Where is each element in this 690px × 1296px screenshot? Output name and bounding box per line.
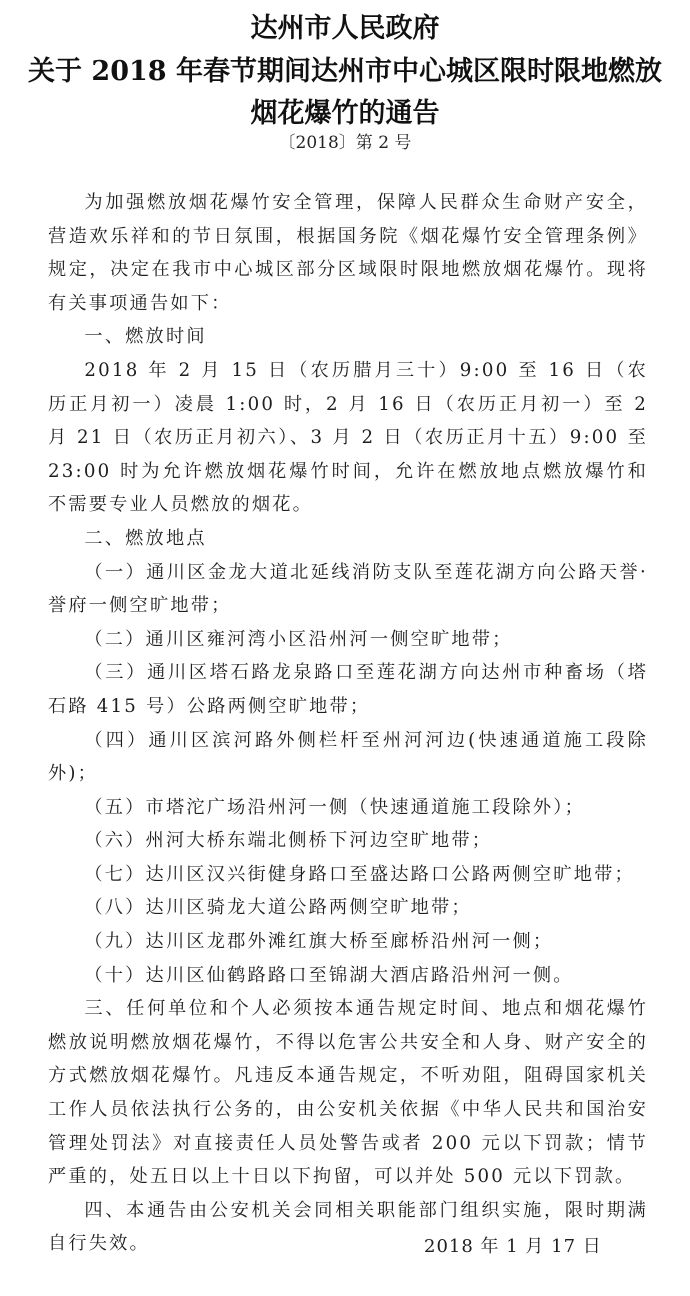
section-3-text: 三、任何单位和个人必须按本通告规定时间、地点和烟花爆竹燃放说明燃放烟花爆竹，不得… xyxy=(48,992,648,1194)
location-item: （十）达川区仙鹤路路口至锦湖大酒店路沿州河一侧。 xyxy=(48,959,648,993)
intro-paragraph: 为加强燃放烟花爆竹安全管理，保障人民群众生命财产安全，营造欢乐祥和的节日氛围，根… xyxy=(48,186,648,320)
location-item: （九）达川区龙郡外滩红旗大桥至廊桥沿州河一侧； xyxy=(48,925,648,959)
location-item: （一）通川区金龙大道北延线消防支队至莲花湖方向公路天誉·誉府一侧空旷地带； xyxy=(48,556,648,623)
section-2-heading: 二、燃放地点 xyxy=(48,522,648,556)
location-item: （五）市塔沱广场沿州河一侧（快速通道施工段除外）； xyxy=(48,791,648,825)
location-item: （四）通川区滨河路外侧栏杆至州河河边(快速通道施工段除外)； xyxy=(48,724,648,791)
issuer-title: 达州市人民政府 xyxy=(0,6,690,45)
notice-title-line-1: 关于 2018 年春节期间达州市中心城区限时限地燃放 xyxy=(0,49,690,88)
notice-body: 为加强燃放烟花爆竹安全管理，保障人民群众生命财产安全，营造欢乐祥和的节日氛围，根… xyxy=(48,186,648,1261)
section-1-text: 2018 年 2 月 15 日（农历腊月三十）9:00 至 16 日（农历正月初… xyxy=(48,354,648,522)
document-number: 〔2018〕第 2 号 xyxy=(0,128,690,153)
section-1-heading: 一、燃放时间 xyxy=(48,320,648,354)
location-item: （二）通川区雍河湾小区沿州河一侧空旷地带； xyxy=(48,623,648,657)
location-item: （七）达川区汉兴街健身路口至盛达路口公路两侧空旷地带； xyxy=(48,858,648,892)
location-item: （三）通川区塔石路龙泉路口至莲花湖方向达州市种畜场（塔石路 415 号）公路两侧… xyxy=(48,656,648,723)
notice-title-line-2: 烟花爆竹的通告 xyxy=(0,91,690,130)
location-item: （八）达川区骑龙大道公路两侧空旷地带； xyxy=(48,891,648,925)
location-item: （六）州河大桥东端北侧桥下河边空旷地带； xyxy=(48,824,648,858)
issue-date: 2018 年 1 月 17 日 xyxy=(424,1232,602,1258)
